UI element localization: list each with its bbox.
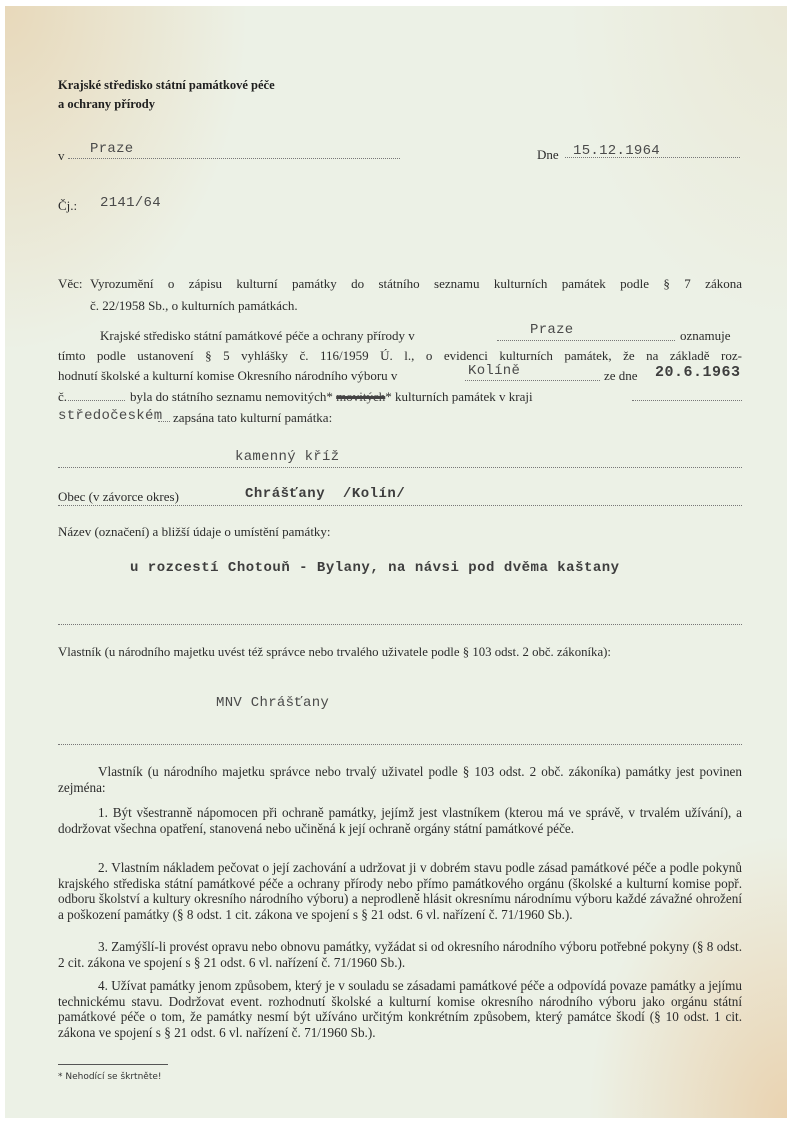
- notice-district-dotted-line: [465, 380, 600, 381]
- region-value: středočeském: [58, 408, 162, 424]
- notice-line4-text: byla do státního seznamu nemovitých* mov…: [130, 389, 533, 405]
- monument-dotted-line: [58, 467, 742, 468]
- notice-place-value: Praze: [530, 322, 574, 338]
- footnote: * Nehodící se škrtněte!: [58, 1072, 162, 1082]
- org-name-line1: Krajské středisko státní památkové péče: [58, 78, 275, 93]
- owner-label: Vlastník (u národního majetku uvést též …: [58, 645, 611, 660]
- obligation-item-3: 3. Zamýšlí-li provést opravu nebo obnovu…: [58, 939, 742, 970]
- obligation-item-4: 4. Užívat památky jenom způsobem, který …: [58, 978, 742, 1040]
- date-label: Dne: [537, 147, 559, 163]
- notice-line1-end: oznamuje: [680, 328, 731, 344]
- subject-label: Věc:: [58, 276, 83, 292]
- municipality-value: Chrášťany /Kolín/: [245, 486, 405, 502]
- region-dotted-line: [632, 400, 742, 401]
- municipality-label: Obec (v závorce okres): [58, 489, 179, 505]
- notice-line5-text: zapsána tato kulturní památka:: [173, 410, 332, 426]
- owner-value: MNV Chrášťany: [216, 695, 329, 711]
- notice-place-dotted-line: [497, 340, 675, 341]
- owner-dotted-line: [58, 744, 742, 745]
- location-value: u rozcestí Chotouň - Bylany, na návsi po…: [130, 560, 620, 576]
- obligation-item-2: 2. Vlastním nákladem pečovat o její zach…: [58, 860, 742, 922]
- municipality-dotted-line: [58, 505, 742, 506]
- subject-line1: Vyrozumění o zápisu kulturní památky do …: [90, 276, 742, 292]
- org-name-line2: a ochrany přírody: [58, 97, 155, 112]
- place-label: v: [58, 148, 65, 164]
- notice-line1-text: Krajské středisko státní památkové péče …: [100, 328, 415, 344]
- reference-label: Čj.:: [58, 198, 77, 214]
- reference-value: 2141/64: [100, 195, 161, 211]
- subject-line2: č. 22/1958 Sb., o kulturních památkách.: [90, 298, 298, 314]
- notice-decision-date: 20.6.1963: [655, 364, 741, 381]
- struck-movable: movitých: [336, 389, 385, 404]
- footnote-rule: [58, 1064, 168, 1065]
- notice-line4-a: byla do státního seznamu nemovitých*: [130, 389, 333, 404]
- place-value: Praze: [90, 141, 134, 157]
- location-dotted-line: [58, 624, 742, 625]
- location-label: Název (označení) a bližší údaje o umístě…: [58, 524, 331, 540]
- notice-line4-c: * kulturních památek v kraji: [385, 389, 532, 404]
- notice-line3-text: hodnutí školské a kulturní komise Okresn…: [58, 368, 397, 384]
- region-dotted-tail: [158, 421, 170, 422]
- date-value: 15.12.1964: [573, 143, 660, 159]
- monument-name: kamenný kříž: [235, 449, 339, 465]
- notice-district-value: Kolíně: [468, 363, 520, 379]
- place-dotted-line: [68, 158, 400, 159]
- obligation-item-1: 1. Být všestranně nápomocen při ochraně …: [58, 805, 742, 836]
- obligations-intro: Vlastník (u národního majetku správce ne…: [58, 764, 742, 795]
- notice-line2: tímto podle ustanovení § 5 vyhlášky č. 1…: [58, 348, 742, 364]
- notice-date-label: ze dne: [604, 368, 638, 384]
- notice-number-label: č.: [58, 389, 67, 405]
- notice-number-dotted-line: [68, 400, 125, 401]
